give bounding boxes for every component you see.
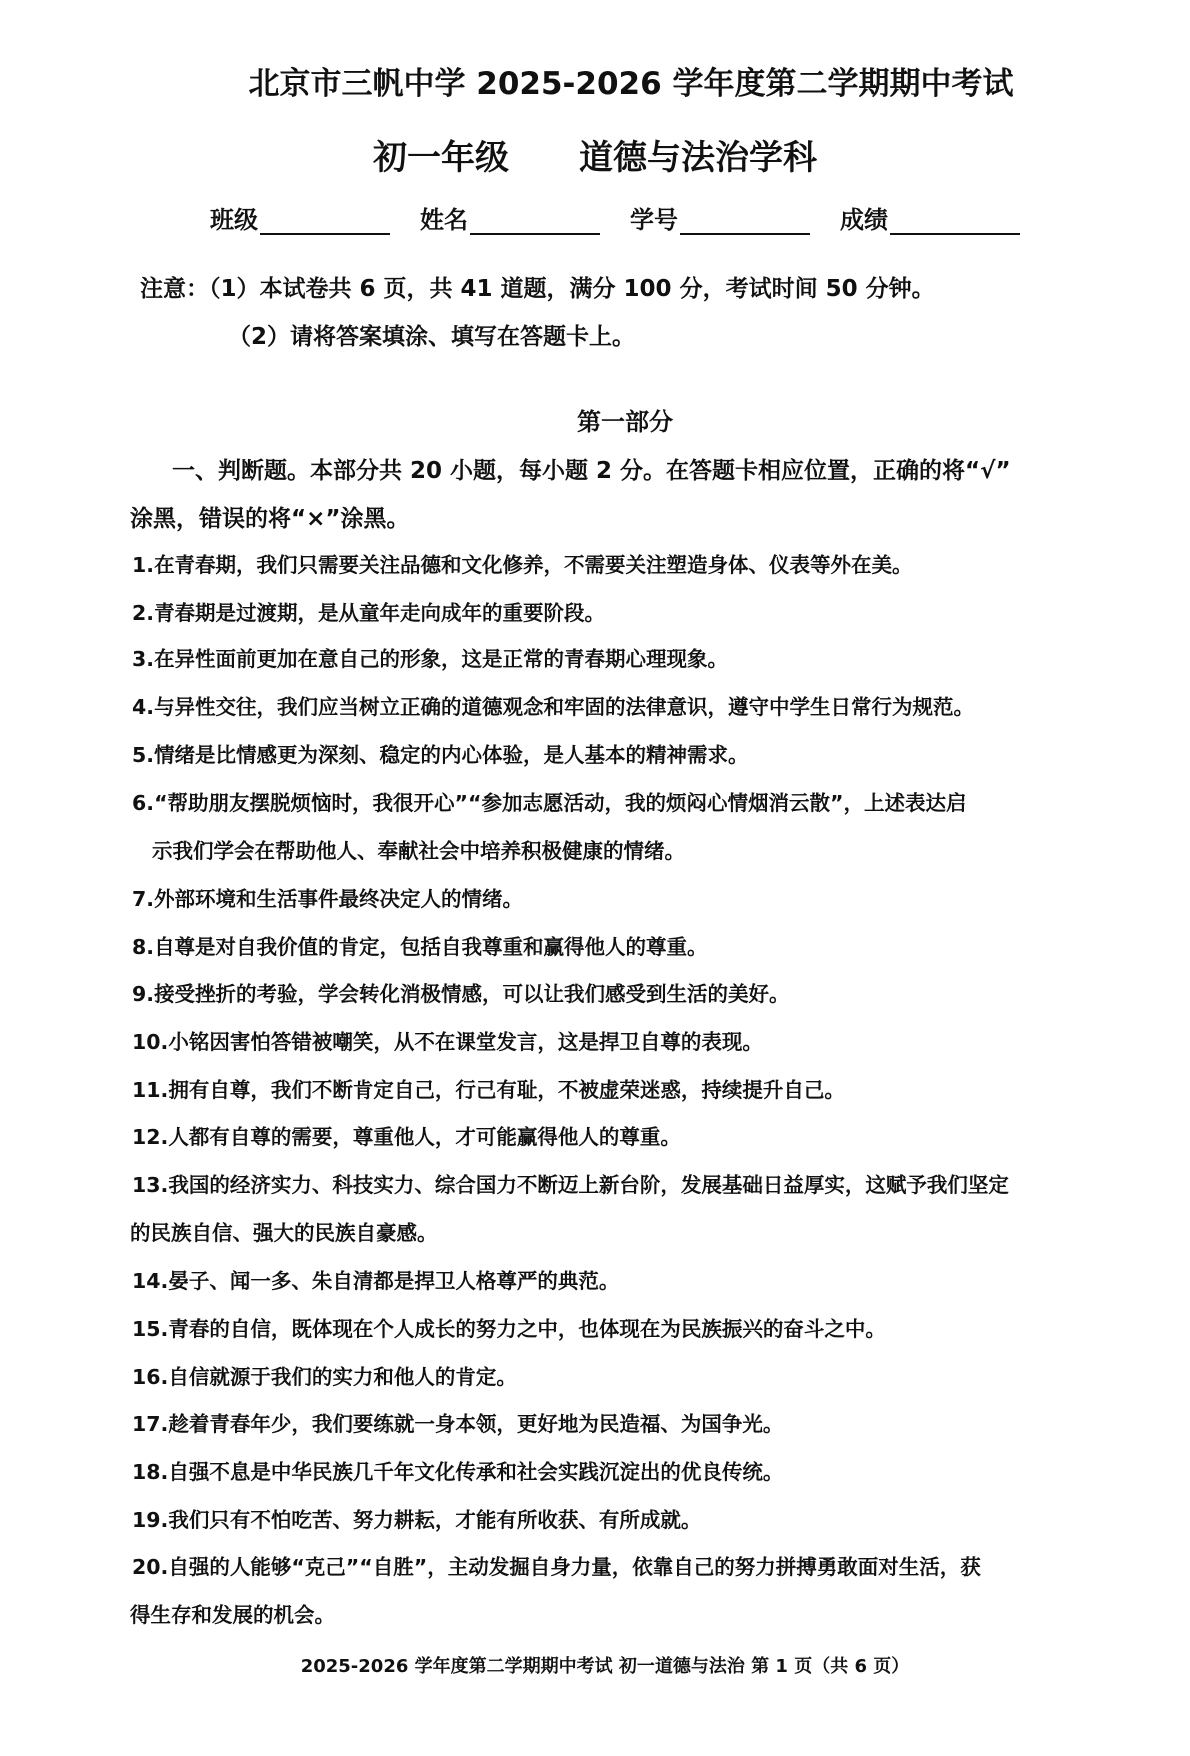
question-text: 在异性面前更加在意自己的形象，这是正常的青春期心理现象。 (154, 647, 728, 671)
question-number: 3. (132, 647, 154, 671)
question-number: 15. (132, 1317, 168, 1341)
field-score[interactable]: 成绩 (840, 200, 1020, 235)
question-item: 6.“帮助朋友摆脱烦恼时，我很开心”“参加志愿活动，我的烦闷心情烟消云散”，上述… (132, 786, 966, 816)
question-item: 14.晏子、闻一多、朱自清都是捍卫人格尊严的典范。 (132, 1264, 619, 1294)
question-item: 10.小铭因害怕答错被嘲笑，从不在课堂发言，这是捍卫自尊的表现。 (132, 1025, 763, 1055)
student-info-fields: 班级 姓名 学号 成绩 (210, 200, 1050, 235)
question-number: 11. (132, 1078, 168, 1102)
question-number: 13. (132, 1173, 168, 1197)
question-text: 青春的自信，既体现在个人成长的努力之中，也体现在为民族振兴的奋斗之中。 (168, 1317, 886, 1341)
question-number: 6. (132, 791, 154, 815)
question-text: 情绪是比情感更为深刻、稳定的内心体验，是人基本的精神需求。 (154, 743, 749, 767)
question-item: 4.与异性交往，我们应当树立正确的道德观念和牢固的法律意识，遵守中学生日常行为规… (132, 690, 974, 720)
question-number: 18. (132, 1460, 168, 1484)
question-item: 9.接受挫折的考验，学会转化消极情感，可以让我们感受到生活的美好。 (132, 977, 790, 1007)
question-item: 20.自强的人能够“克己”“自胜”，主动发掘自身力量，依靠自己的努力拼搏勇敢面对… (132, 1550, 981, 1580)
question-item: 13.我国的经济实力、科技实力、综合国力不断迈上新台阶，发展基础日益厚实，这赋予… (132, 1168, 1009, 1198)
grade-label: 初一年级 (373, 138, 509, 178)
question-item: 1.在青春期，我们只需要关注品德和文化修养，不需要关注塑造身体、仪表等外在美。 (132, 548, 913, 578)
question-text: 晏子、闻一多、朱自清都是捍卫人格尊严的典范。 (168, 1269, 619, 1293)
student-id-blank[interactable] (680, 207, 810, 235)
question-number: 7. (132, 887, 154, 911)
question-text-continued: 示我们学会在帮助他人、奉献社会中培养积极健康的情绪。 (152, 834, 685, 864)
question-number: 1. (132, 553, 154, 577)
question-item: 11.拥有自尊，我们不断肯定自己，行己有耻，不被虚荣迷惑，持续提升自己。 (132, 1073, 845, 1103)
class-blank[interactable] (260, 207, 390, 235)
question-text: 我们只有不怕吃苦、努力耕耘，才能有所收获、有所成就。 (168, 1508, 701, 1532)
page-footer: 2025-2026 学年度第二学期期中考试 初一道德与法治 第 1 页（共 6 … (0, 1652, 1190, 1678)
question-item: 12.人都有自尊的需要，尊重他人，才可能赢得他人的尊重。 (132, 1120, 681, 1150)
question-number: 8. (132, 935, 154, 959)
question-text-continued: 的民族自信、强大的民族自豪感。 (130, 1216, 438, 1246)
question-number: 20. (132, 1555, 168, 1579)
field-student-id[interactable]: 学号 (630, 200, 810, 235)
question-number: 2. (132, 601, 154, 625)
question-text: “帮助朋友摆脱烦恼时，我很开心”“参加志愿活动，我的烦闷心情烟消云散”，上述表达… (154, 791, 966, 815)
exam-title: 北京市三帆中学 2025-2026 学年度第二学期期中考试 (0, 58, 1190, 103)
question-item: 5.情绪是比情感更为深刻、稳定的内心体验，是人基本的精神需求。 (132, 738, 749, 768)
question-text-continued: 得生存和发展的机会。 (130, 1598, 335, 1628)
exam-subtitle: 初一年级道德与法治学科 (0, 130, 1190, 179)
question-text: 人都有自尊的需要，尊重他人，才可能赢得他人的尊重。 (168, 1125, 681, 1149)
name-blank[interactable] (470, 207, 600, 235)
question-item: 2.青春期是过渡期，是从童年走向成年的重要阶段。 (132, 596, 605, 626)
question-number: 16. (132, 1365, 168, 1389)
section-instructions-1: 一、判断题。本部分共 20 小题，每小题 2 分。在答题卡相应位置，正确的将“√… (172, 452, 1011, 485)
question-number: 19. (132, 1508, 168, 1532)
question-number: 10. (132, 1030, 168, 1054)
question-text: 自尊是对自我价值的肯定，包括自我尊重和赢得他人的尊重。 (154, 935, 708, 959)
question-item: 19.我们只有不怕吃苦、努力耕耘，才能有所收获、有所成就。 (132, 1503, 701, 1533)
question-text: 自强不息是中华民族几千年文化传承和社会实践沉淀出的优良传统。 (168, 1460, 783, 1484)
question-item: 15.青春的自信，既体现在个人成长的努力之中，也体现在为民族振兴的奋斗之中。 (132, 1312, 886, 1342)
part-title: 第一部分 (0, 402, 1190, 437)
question-text: 拥有自尊，我们不断肯定自己，行己有耻，不被虚荣迷惑，持续提升自己。 (168, 1078, 845, 1102)
question-number: 17. (132, 1412, 168, 1436)
section-instructions-2: 涂黑，错误的将“×”涂黑。 (130, 500, 410, 533)
question-text: 外部环境和生活事件最终决定人的情绪。 (154, 887, 523, 911)
question-text: 在青春期，我们只需要关注品德和文化修养，不需要关注塑造身体、仪表等外在美。 (154, 553, 913, 577)
question-number: 9. (132, 982, 154, 1006)
question-text: 我国的经济实力、科技实力、综合国力不断迈上新台阶，发展基础日益厚实，这赋予我们坚… (168, 1173, 1009, 1197)
question-number: 14. (132, 1269, 168, 1293)
question-item: 16.自信就源于我们的实力和他人的肯定。 (132, 1360, 517, 1390)
question-text: 小铭因害怕答错被嘲笑，从不在课堂发言，这是捍卫自尊的表现。 (168, 1030, 763, 1054)
question-number: 4. (132, 695, 154, 719)
field-name[interactable]: 姓名 (420, 200, 600, 235)
question-text: 趁着青春年少，我们要练就一身本领，更好地为民造福、为国争光。 (168, 1412, 783, 1436)
question-text: 青春期是过渡期，是从童年走向成年的重要阶段。 (154, 601, 605, 625)
question-text: 自强的人能够“克己”“自胜”，主动发掘自身力量，依靠自己的努力拼搏勇敢面对生活，… (168, 1555, 980, 1579)
question-item: 8.自尊是对自我价值的肯定，包括自我尊重和赢得他人的尊重。 (132, 930, 708, 960)
question-item: 3.在异性面前更加在意自己的形象，这是正常的青春期心理现象。 (132, 642, 728, 672)
field-class[interactable]: 班级 (210, 200, 390, 235)
question-item: 18.自强不息是中华民族几千年文化传承和社会实践沉淀出的优良传统。 (132, 1455, 783, 1485)
notice-line-1: 注意：（1）本试卷共 6 页，共 41 道题，满分 100 分，考试时间 50 … (140, 270, 935, 303)
question-number: 5. (132, 743, 154, 767)
question-item: 7.外部环境和生活事件最终决定人的情绪。 (132, 882, 523, 912)
question-text: 与异性交往，我们应当树立正确的道德观念和牢固的法律意识，遵守中学生日常行为规范。 (154, 695, 974, 719)
question-text: 自信就源于我们的实力和他人的肯定。 (168, 1365, 517, 1389)
subject-label: 道德与法治学科 (579, 138, 817, 178)
notice-line-2: （2）请将答案填涂、填写在答题卡上。 (228, 318, 635, 351)
score-blank[interactable] (890, 207, 1020, 235)
question-text: 接受挫折的考验，学会转化消极情感，可以让我们感受到生活的美好。 (154, 982, 790, 1006)
question-number: 12. (132, 1125, 168, 1149)
question-item: 17.趁着青春年少，我们要练就一身本领，更好地为民造福、为国争光。 (132, 1407, 783, 1437)
